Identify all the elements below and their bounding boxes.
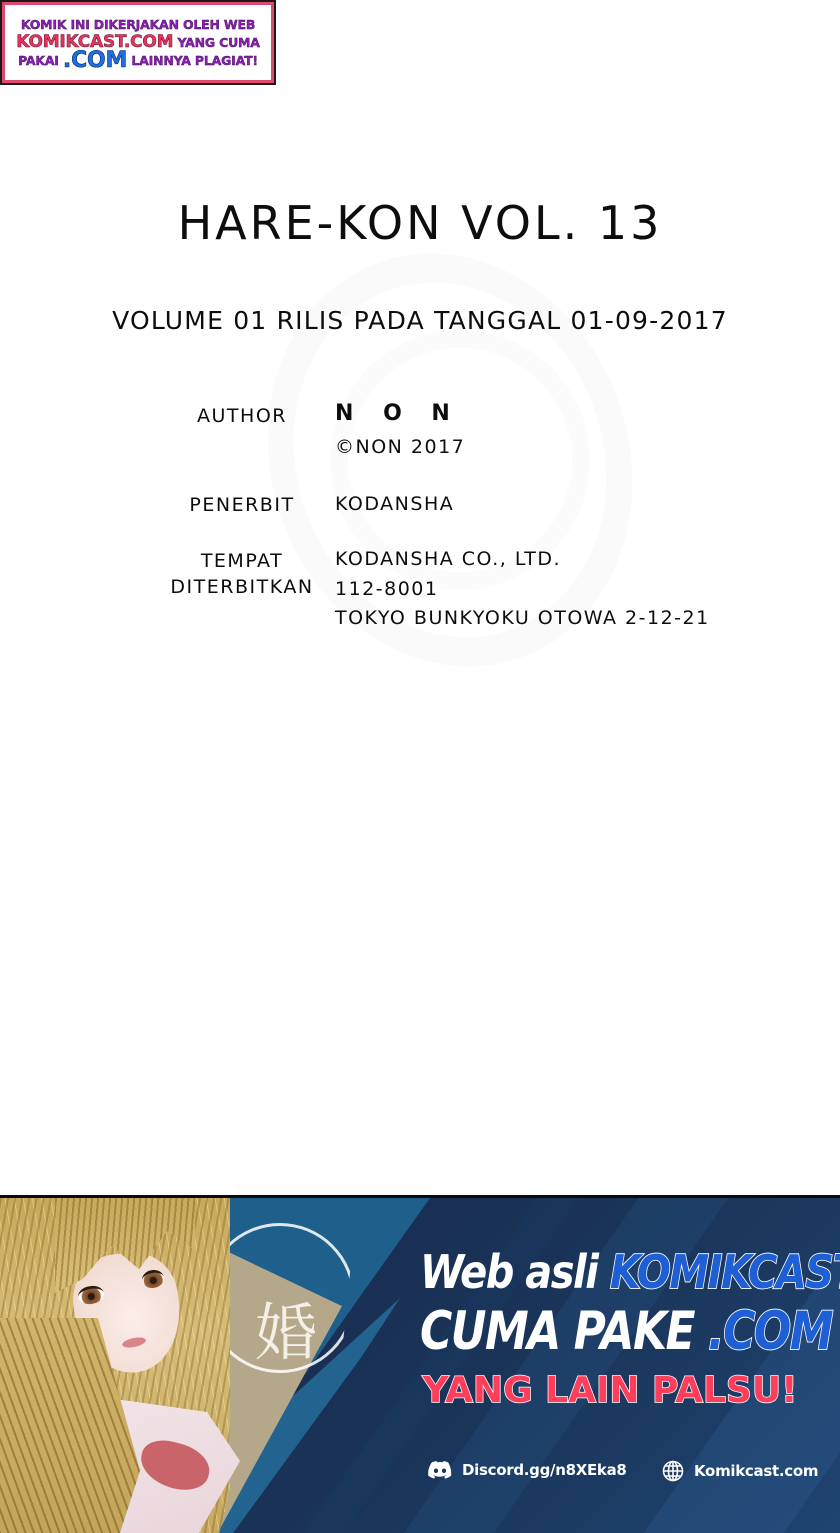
website-link[interactable]: Komikcast.com [662,1460,818,1482]
author-copyright: ©NON 2017 [335,436,465,458]
badge-line-3-end: LAINNYA PLAGIAT! [131,53,258,68]
page-title: HARE-KON VOL. 13 [0,196,840,250]
published-at-label-line-2: DITERBITKAN [167,576,317,598]
author-label: AUTHOR [167,405,317,427]
published-at-label-line-1: TEMPAT [167,547,317,576]
discord-link-text: Discord.gg/n8XEka8 [462,1461,627,1479]
discord-icon [428,1460,452,1480]
publisher-postal-code: 112-8001 [335,578,438,600]
publisher-company: KODANSHA CO., LTD. [335,548,561,570]
publisher-name: KODANSHA [335,493,454,515]
promo-line-2: CUMA PAKE .COM [420,1301,800,1362]
badge-line-2: KOMIKCAST.COM YANG CUMA [16,34,260,51]
badge-line-1: KOMIK INI DIKERJAKAN OLEH WEB [21,16,255,33]
author-name: N O N [335,401,461,426]
badge-domain: .COM [63,48,127,73]
badge-line-3-start: PAKAI [18,53,59,68]
discord-link[interactable]: Discord.gg/n8XEka8 [428,1460,627,1480]
publisher-label: PENERBIT [167,494,317,516]
promo-line-1-white: Web asli [420,1247,597,1300]
promo-warning: YANG LAIN PALSU! [422,1370,797,1411]
website-link-text: Komikcast.com [694,1462,818,1480]
publisher-address: TOKYO BUNKYOKU OTOWA 2-12-21 [335,607,710,629]
badge-content: KOMIK INI DIKERJAKAN OLEH WEB KOMIKCAST.… [5,5,271,80]
badge-line-3: PAKAI .COM LAINNYA PLAGIAT! [18,52,258,69]
badge-border: KOMIK INI DIKERJAKAN OLEH WEB KOMIKCAST.… [2,2,274,83]
promo-line-3: YANG LAIN PALSU! [420,1370,800,1411]
promo-banner: 婚 Web asli KOMIKCAST CUMA PAKE .COM YANG… [0,1195,840,1533]
globe-icon [662,1460,684,1482]
promo-line-1-brand: KOMIKCAST [610,1247,840,1300]
promo-line-1: Web asli KOMIKCAST [420,1247,800,1300]
promo-line-2-white: CUMA PAKE [420,1301,694,1362]
cover-kanji: 婚 [255,1283,317,1372]
promo-line-2-domain: .COM [708,1301,832,1362]
release-date-subtitle: VOLUME 01 RILIS PADA TANGGAL 01-09-2017 [0,306,840,335]
watermark-badge: KOMIK INI DIKERJAKAN OLEH WEB KOMIKCAST.… [0,0,276,85]
badge-line-2-rest: YANG CUMA [178,35,260,50]
